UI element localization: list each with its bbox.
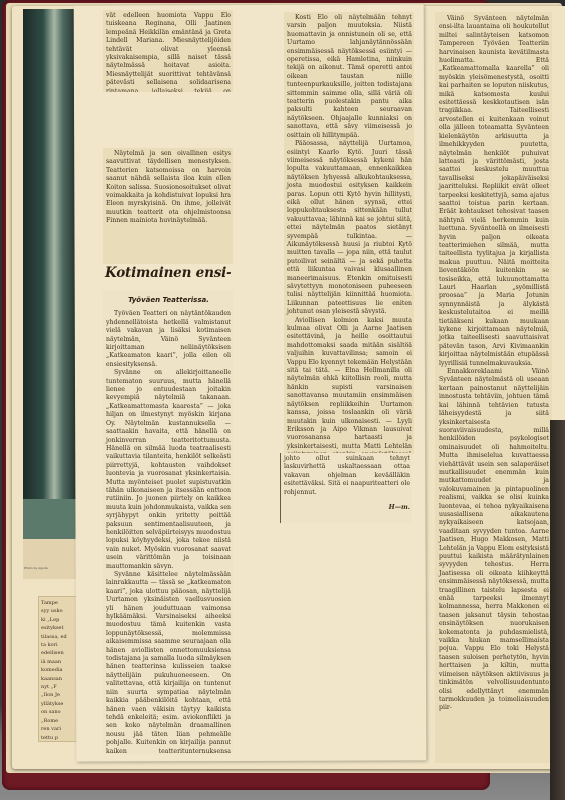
article-paragraph: Kosti Elo oli näytelmään tehnyt varsin p… <box>287 14 412 140</box>
article-paragraph: Pääosassa, näyttelijä Uurtamoa, esiintyi… <box>287 140 412 317</box>
article-paragraph: Syvänne käsittelee näytelmässään lainrak… <box>106 571 231 754</box>
article-column-2: Kosti Elo oli näytelmään tehnyt varsin p… <box>284 12 414 454</box>
headline-block: Kotimainen ensi-ilta <box>103 265 232 290</box>
article-column-1: Työväen Teatterissa. Työväen Teatteri on… <box>103 290 233 754</box>
article-paragraph: Aviollisen kolmion kaksi muuta kulmaa ol… <box>287 317 412 454</box>
clipping-review-ending: Näytelmä ja sen oivallinen esitys saavut… <box>103 148 233 264</box>
article-paragraph: Väinö Syvänteen näytelmän ensi-ilta laua… <box>439 15 549 368</box>
adjacent-photograph-edge <box>550 420 565 800</box>
clipping-paragraph: vät edelleen huomiota Vappu Elo tuiskean… <box>106 12 231 92</box>
second-review-clipping: Väinö Syvänteen näytelmän ensi-ilta laua… <box>435 12 552 763</box>
photo-caption-strip <box>23 539 80 579</box>
clipping-paragraph: Näytelmä ja sen oivallinen esitys saavut… <box>106 150 231 226</box>
article-paragraph: Syvänne on allekirjoittaneelle tuntemato… <box>106 369 231 571</box>
article-headline: Kotimainen ensi-ilta <box>105 265 230 281</box>
article-column-2-end: johto ollut suinkaan tehnyt laskuvirhett… <box>280 453 412 523</box>
photo-credit: Photo by Aguda <box>24 566 48 570</box>
theatre-photograph <box>23 9 80 539</box>
clipping-review-continued: vät edelleen huomiota Vappu Elo tuiskean… <box>103 10 233 92</box>
article-paragraph: johto ollut suinkaan tehnyt laskuvirhett… <box>284 455 410 497</box>
article-subheadline: Työväen Teatterissa. <box>106 296 231 304</box>
article-paragraph: Työväen Teatteri on näytäntökauden yhden… <box>106 310 231 369</box>
article-paragraph: Ennakkoreklaami Väinö Syvänteen näytelmä… <box>439 368 549 713</box>
author-signature: H—m. <box>284 503 410 511</box>
